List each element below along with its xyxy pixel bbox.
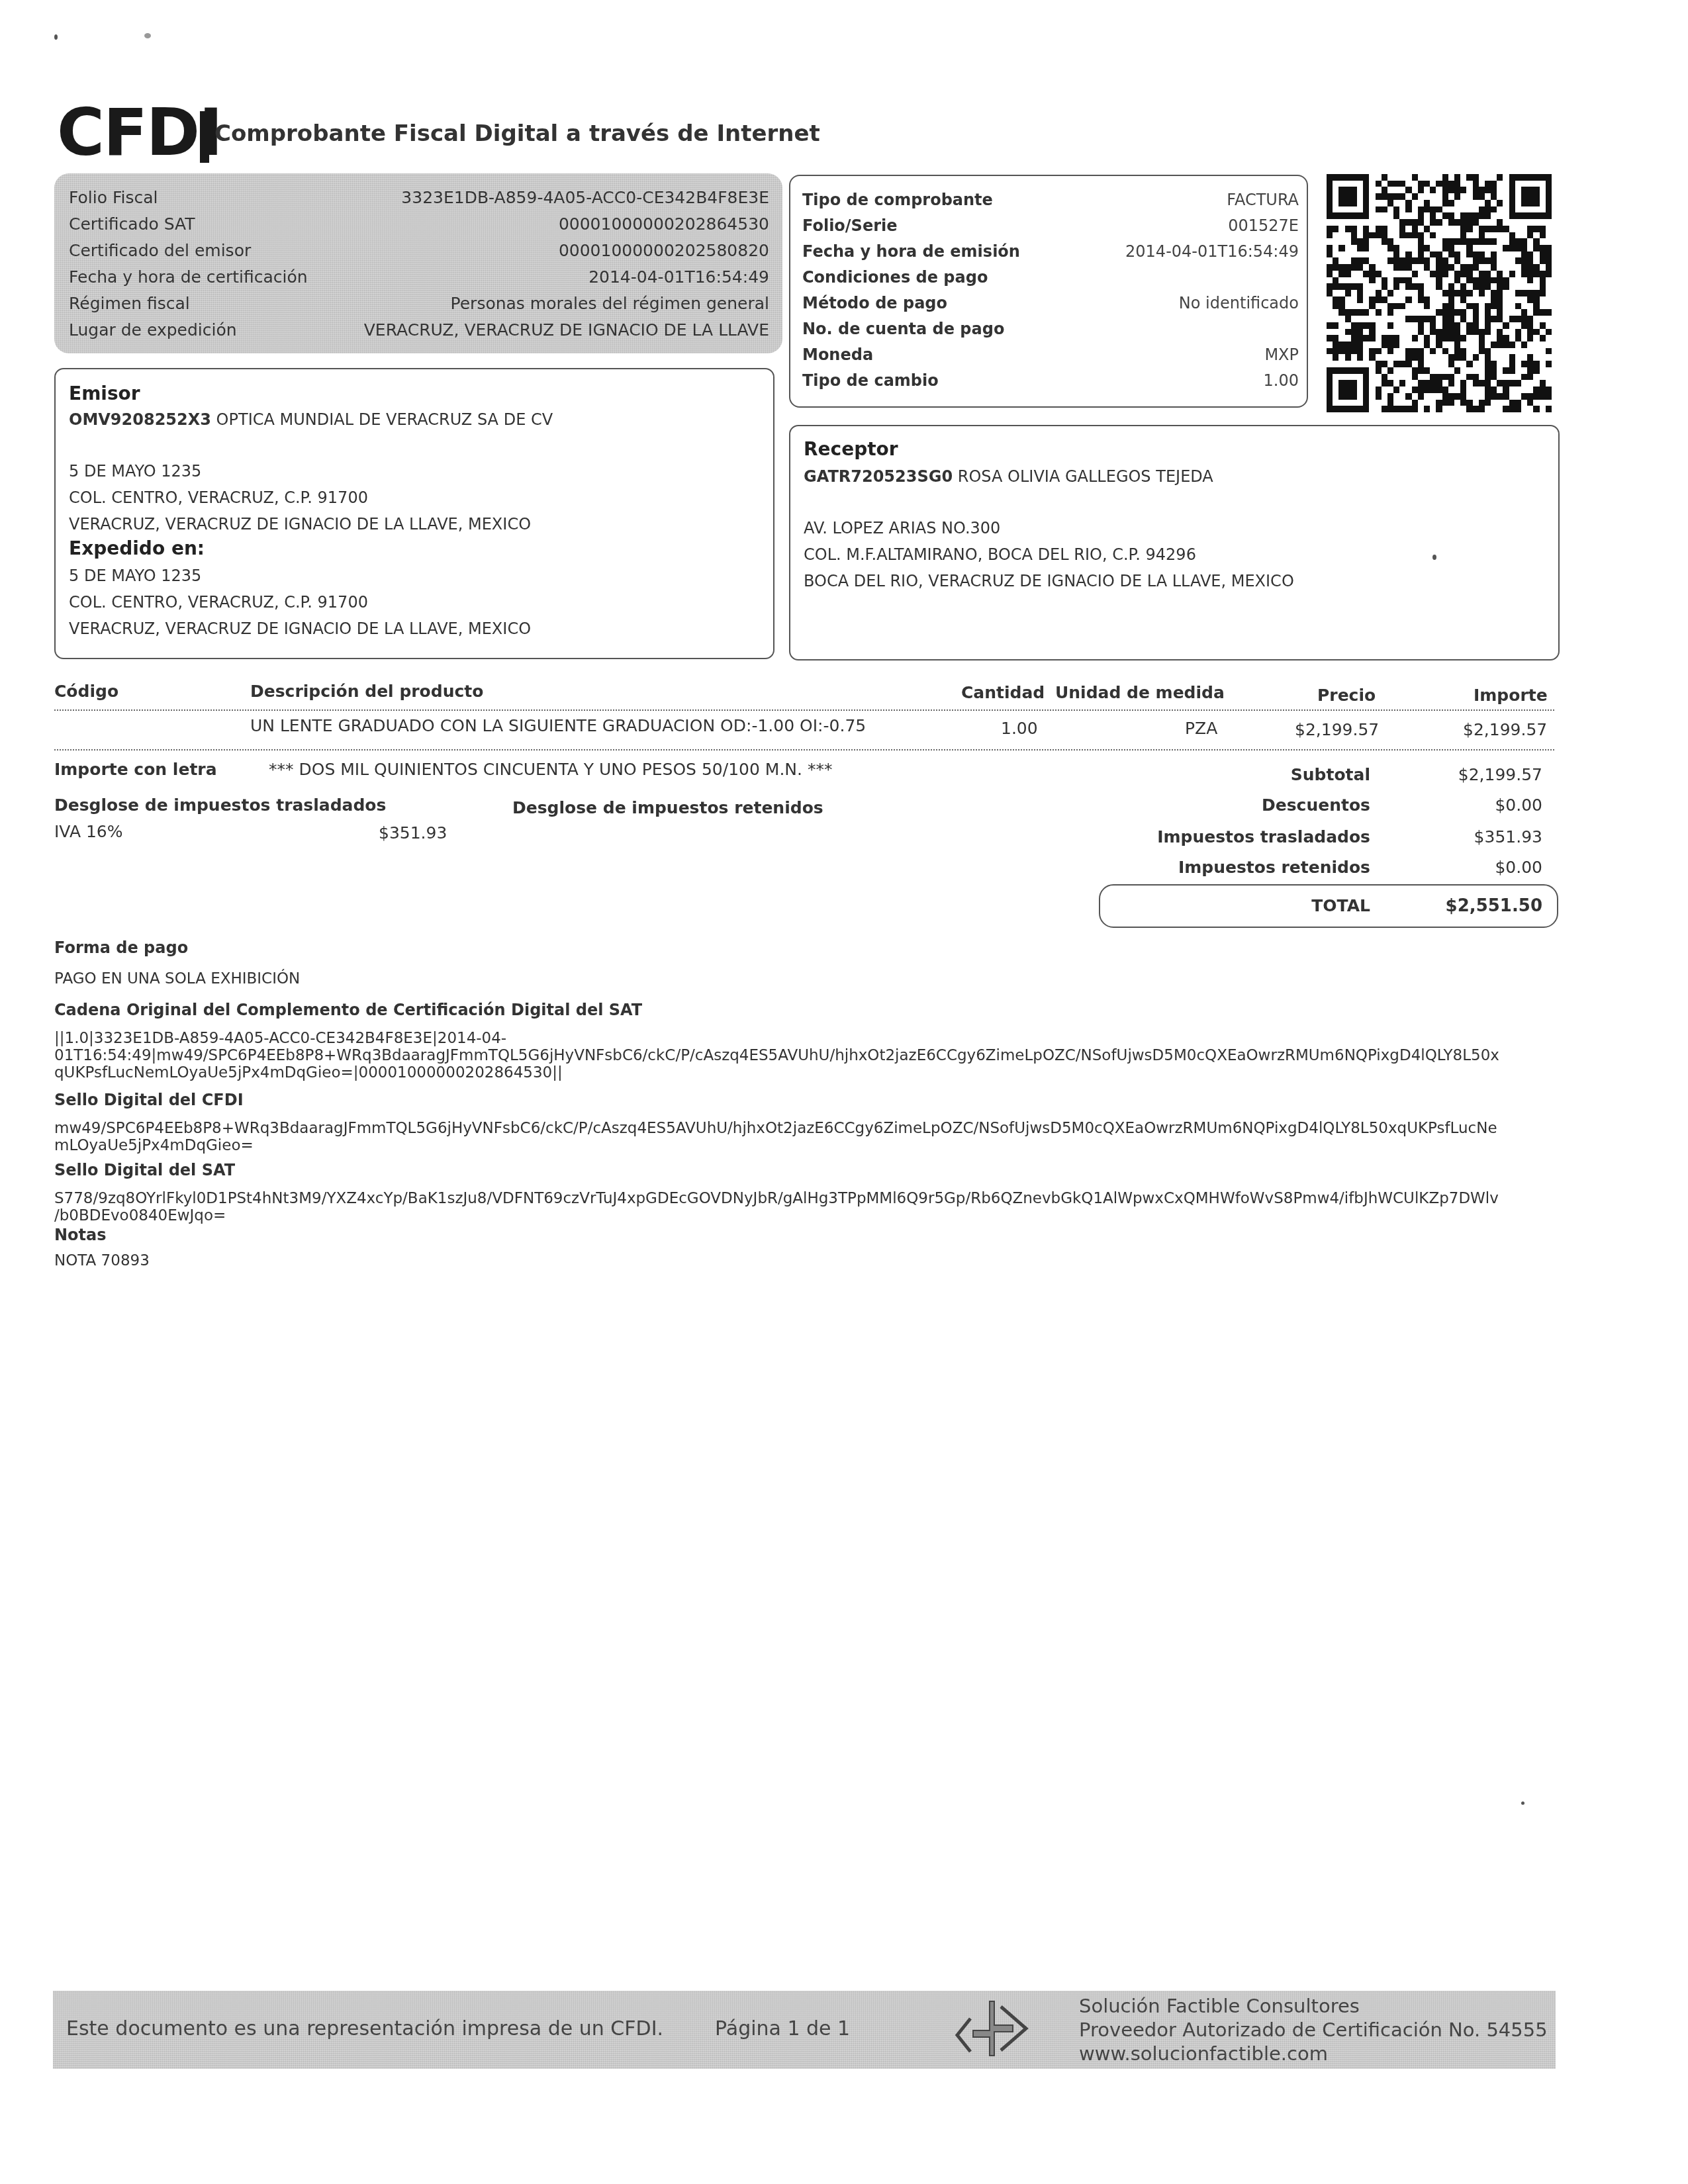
comprobante-row: Método de pagoNo identificado [802, 294, 1299, 319]
cell-importe: $2,199.57 [1463, 720, 1547, 739]
comprobante-label: No. de cuenta de pago [802, 320, 1004, 338]
cadena-line: ||1.0|3323E1DB-A859-4A05-ACC0-CE342B4F8E… [54, 1030, 1557, 1047]
trasladados-title: Desglose de impuestos trasladados [54, 796, 386, 815]
fiscal-row-lugar-expedicion: Lugar de expedición VERACRUZ, VERACRUZ D… [69, 320, 769, 345]
footer-note: Este documento es una representación imp… [66, 2017, 663, 2040]
fiscal-value: 2014-04-01T16:54:49 [588, 267, 769, 287]
fiscal-label: Certificado del emisor [69, 241, 251, 260]
receptor-rfc-name: GATR720523SG0 ROSA OLIVIA GALLEGOS TEJED… [804, 467, 1213, 486]
scan-speck [144, 33, 151, 38]
impuestos-trasladados-label: Impuestos trasladados [1157, 827, 1370, 846]
comprobante-row: No. de cuenta de pago [802, 320, 1299, 345]
impuestos-retenidos-value: $0.00 [1495, 858, 1542, 877]
cadena-line: 01T16:54:49|mw49/SPC6P4EEb8P8+WRq3Bdaara… [54, 1047, 1557, 1064]
sello-sat-label: Sello Digital del SAT [54, 1161, 235, 1179]
comprobante-label: Tipo de cambio [802, 371, 939, 390]
notas-label: Notas [54, 1226, 107, 1244]
fiscal-label: Lugar de expedición [69, 320, 237, 340]
provider-name: Solución Factible Consultores [1079, 1995, 1360, 2017]
emisor-title: Emisor [69, 383, 140, 404]
cell-unidad: PZA [1185, 719, 1217, 738]
total-value: $2,551.50 [1446, 896, 1542, 916]
fiscal-row-regimen-fiscal: Régimen fiscal Personas morales del régi… [69, 294, 769, 319]
col-header-descripcion: Descripción del producto [250, 682, 483, 701]
notas-value: NOTA 70893 [54, 1252, 1557, 1269]
total-label: TOTAL [1311, 896, 1370, 915]
retenidos-title: Desglose de impuestos retenidos [512, 798, 823, 817]
sello-cfdi-label: Sello Digital del CFDI [54, 1091, 244, 1109]
receptor-title: Receptor [804, 438, 898, 460]
fiscal-value: 00001000000202864530 [559, 214, 769, 234]
provider-certification: Proveedor Autorizado de Certificación No… [1079, 2019, 1548, 2041]
tax-name: IVA 16% [54, 822, 123, 841]
expedido-address-line: 5 DE MAYO 1235 [69, 567, 201, 585]
fiscal-label: Certificado SAT [69, 214, 195, 234]
solucion-factible-logo-icon [953, 1999, 1033, 2058]
col-header-codigo: Código [54, 682, 118, 701]
fiscal-row-fecha-certificacion: Fecha y hora de certificación 2014-04-01… [69, 267, 769, 293]
cell-descripcion: UN LENTE GRADUADO CON LA SIGUIENTE GRADU… [250, 716, 866, 735]
comprobante-label: Tipo de comprobante [802, 191, 993, 209]
expedido-address-line: VERACRUZ, VERACRUZ DE IGNACIO DE LA LLAV… [69, 619, 531, 638]
descuentos-label: Descuentos [1262, 796, 1370, 815]
sello-cfdi-line: mw49/SPC6P4EEb8P8+WRq3BdaaragJFmmTQL5G6j… [54, 1120, 1557, 1137]
emisor-address-line: 5 DE MAYO 1235 [69, 462, 201, 480]
fiscal-label: Folio Fiscal [69, 188, 158, 207]
col-header-importe: Importe [1474, 686, 1548, 705]
receptor-box: Receptor GATR720523SG0 ROSA OLIVIA GALLE… [789, 425, 1560, 660]
fiscal-row-folio-fiscal: Folio Fiscal 3323E1DB-A859-4A05-ACC0-CE3… [69, 188, 769, 213]
impuestos-trasladados-value: $351.93 [1474, 827, 1542, 846]
receptor-rfc: GATR720523SG0 [804, 467, 953, 486]
fiscal-value: Personas morales del régimen general [451, 294, 769, 313]
comprobante-value: No identificado [1179, 294, 1299, 312]
fiscal-row-certificado-emisor: Certificado del emisor 00001000000202580… [69, 241, 769, 266]
col-header-precio: Precio [1317, 686, 1376, 705]
comprobante-row: Condiciones de pago [802, 268, 1299, 293]
fiscal-label: Fecha y hora de certificación [69, 267, 308, 287]
emisor-box: Emisor OMV9208252X3 OPTICA MUNDIAL DE VE… [54, 368, 774, 659]
tax-amount: $351.93 [379, 823, 447, 842]
table-divider [54, 749, 1554, 751]
comprobante-row: Tipo de cambio1.00 [802, 371, 1299, 396]
sello-sat-line: /b0BDEvo0840EwJqo= [54, 1207, 1557, 1224]
cfdi-logo: CFDI [57, 101, 222, 165]
comprobante-value: MXP [1264, 345, 1299, 364]
table-divider [54, 709, 1554, 711]
document-subtitle: Comprobante Fiscal Digital a través de I… [214, 120, 820, 147]
sello-cfdi-line: mLOyaUe5jPx4mDqGieo= [54, 1137, 1557, 1154]
col-header-cantidad: Cantidad [961, 683, 1045, 702]
provider-url[interactable]: www.solucionfactible.com [1079, 2042, 1328, 2065]
comprobante-info-box: Tipo de comprobanteFACTURA Folio/Serie00… [789, 175, 1308, 408]
comprobante-label: Método de pago [802, 294, 947, 312]
comprobante-label: Moneda [802, 345, 873, 364]
expedido-address-line: COL. CENTRO, VERACRUZ, C.P. 91700 [69, 593, 368, 612]
emisor-address-line: COL. CENTRO, VERACRUZ, C.P. 91700 [69, 488, 368, 507]
forma-pago-value: PAGO EN UNA SOLA EXHIBICIÓN [54, 970, 1557, 987]
scan-speck [1521, 1801, 1524, 1805]
cell-precio: $2,199.57 [1295, 720, 1379, 739]
importe-letra-label: Importe con letra [54, 760, 217, 779]
fiscal-value: 00001000000202580820 [559, 241, 769, 260]
comprobante-label: Condiciones de pago [802, 268, 988, 287]
comprobante-row: Tipo de comprobanteFACTURA [802, 191, 1299, 216]
expedido-title: Expedido en: [69, 537, 205, 559]
sello-sat-line: S778/9zq8OYrlFkyl0D1PSt4hNt3M9/YXZ4xcYp/… [54, 1190, 1557, 1207]
cell-cantidad: 1.00 [1001, 719, 1038, 738]
qr-code-icon [1327, 174, 1552, 412]
comprobante-label: Fecha y hora de emisión [802, 242, 1020, 261]
cadena-label: Cadena Original del Complemento de Certi… [54, 1001, 642, 1019]
fiscal-label: Régimen fiscal [69, 294, 190, 313]
forma-pago-label: Forma de pago [54, 938, 188, 957]
fiscal-value: 3323E1DB-A859-4A05-ACC0-CE342B4F8E3E [401, 188, 769, 207]
comprobante-value: 1.00 [1264, 371, 1299, 390]
subtotal-value: $2,199.57 [1458, 765, 1542, 784]
importe-letra-value: *** DOS MIL QUINIENTOS CINCUENTA Y UNO P… [269, 760, 832, 779]
comprobante-value: FACTURA [1227, 191, 1299, 209]
descuentos-value: $0.00 [1495, 796, 1542, 815]
fiscal-row-certificado-sat: Certificado SAT 00001000000202864530 [69, 214, 769, 240]
impuestos-retenidos-label: Impuestos retenidos [1178, 858, 1370, 877]
emisor-rfc-name: OMV9208252X3 OPTICA MUNDIAL DE VERACRUZ … [69, 410, 553, 429]
comprobante-row: Folio/Serie001527E [802, 216, 1299, 242]
emisor-name: OPTICA MUNDIAL DE VERACRUZ SA DE CV [216, 410, 553, 429]
emisor-address-line: VERACRUZ, VERACRUZ DE IGNACIO DE LA LLAV… [69, 515, 531, 533]
comprobante-row: Fecha y hora de emisión2014-04-01T16:54:… [802, 242, 1299, 267]
cadena-line: qUKPsfLucNemLOyaUe5jPx4mDqGieo=|00001000… [54, 1064, 1557, 1081]
col-header-unidad: Unidad de medida [1055, 683, 1225, 702]
comprobante-label: Folio/Serie [802, 216, 898, 235]
emisor-rfc: OMV9208252X3 [69, 410, 211, 429]
scan-speck [54, 34, 58, 40]
comprobante-row: MonedaMXP [802, 345, 1299, 371]
logo-bar [200, 111, 209, 163]
scan-speck [1432, 555, 1436, 560]
comprobante-value: 2014-04-01T16:54:49 [1125, 242, 1299, 261]
fiscal-value: VERACRUZ, VERACRUZ DE IGNACIO DE LA LLAV… [364, 320, 769, 340]
page-indicator: Página 1 de 1 [715, 2017, 850, 2040]
receptor-address-line: AV. LOPEZ ARIAS NO.300 [804, 519, 1000, 537]
comprobante-value: 001527E [1228, 216, 1299, 235]
receptor-address-line: COL. M.F.ALTAMIRANO, BOCA DEL RIO, C.P. … [804, 545, 1196, 564]
receptor-address-line: BOCA DEL RIO, VERACRUZ DE IGNACIO DE LA … [804, 572, 1294, 590]
subtotal-label: Subtotal [1291, 765, 1370, 784]
fiscal-info-box: Folio Fiscal 3323E1DB-A859-4A05-ACC0-CE3… [54, 173, 782, 353]
receptor-name: ROSA OLIVIA GALLEGOS TEJEDA [958, 467, 1213, 486]
